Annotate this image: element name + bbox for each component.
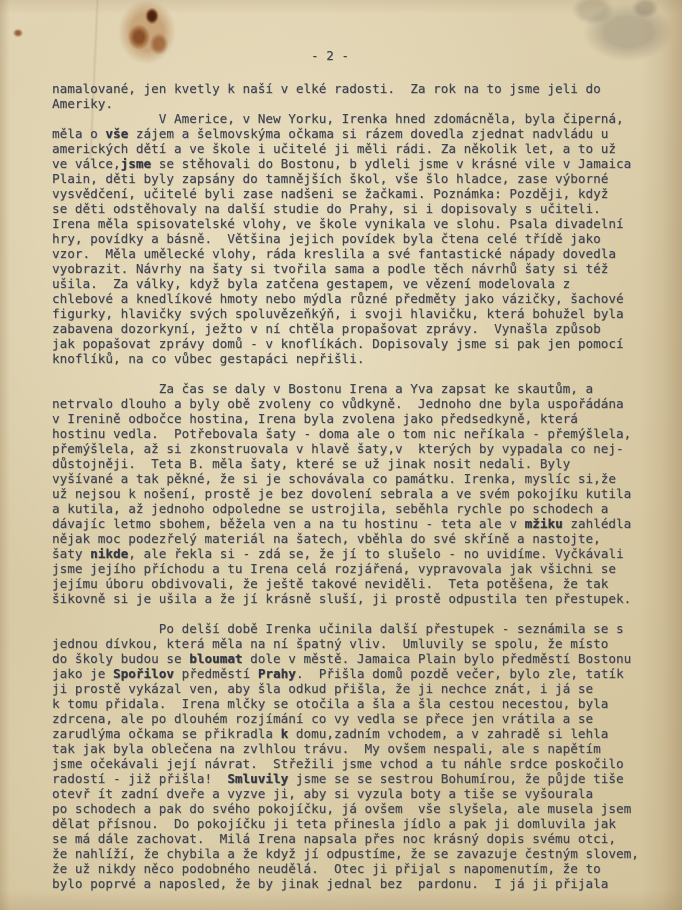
text-line: radostí - již přišla! Smluvily jsme se s…	[52, 771, 664, 786]
text-line	[52, 606, 664, 621]
text-line: nějak moc podezřelý materiál na šatech, …	[52, 531, 664, 546]
page-number: - 2 -	[52, 48, 608, 63]
text-line: amerických dětí a ve škole i učitelé ji …	[52, 141, 664, 156]
text-line: měla o vše zájem a šelmovskýma očkama si…	[52, 126, 664, 141]
text-line: dávajíc letmo sbohem, běžela ven a na tu…	[52, 516, 664, 531]
text-line: do školy budou se bloumat dole v městě. …	[52, 651, 664, 666]
text-line: jsme očekávali její návrat. Střežili jsm…	[52, 756, 664, 771]
text-line: figurky, hlavičky svých spoluvězeňkýň, i…	[52, 306, 664, 321]
pencil-smudge	[545, 0, 682, 90]
text-line: jak popašovat zprávy domů - v knoflíkách…	[52, 336, 664, 351]
text-line: Za čas se daly v Bostonu Irena a Yva zap…	[52, 381, 664, 396]
typewritten-lines: namalované, jen kvetly k naší v elké rad…	[52, 81, 664, 891]
typewritten-page: - 2 - namalované, jen kvetly k naší v el…	[0, 0, 682, 910]
text-line: V Americe, v New Yorku, Irenka hned zdom…	[52, 111, 664, 126]
text-line: netrvalo dlouho a byly obě zvoleny co vů…	[52, 396, 664, 411]
text-line: vysvědčení, učitelé byli zase nadšeni se…	[52, 186, 664, 201]
text-line: už nejsou k nošení, prostě je bez dovole…	[52, 486, 664, 501]
text-line: přemýšlela, až si zkonstruovala v hlavě …	[52, 441, 664, 456]
text-line: šaty nikde, ale řekla si - zdá se, že jí…	[52, 546, 664, 561]
text-line: Po delší době Irenka učinila další přest…	[52, 621, 664, 636]
text-line: bylo poprvé a naposled, že by jinak jedn…	[52, 876, 664, 891]
paper-speck	[10, 25, 28, 41]
text-line: ve válce,jsme se stěhovali do Bostonu, b…	[52, 156, 664, 171]
text-line: vyobrazit. Návrhy na šaty si tvořila sam…	[52, 261, 664, 276]
text-line: zdrcena, ale po dlouhém rozjímání co vy …	[52, 711, 664, 726]
text-line	[52, 366, 664, 381]
text-line: se má dále zachovat. Milá Irena napsala …	[52, 831, 664, 846]
text-line: se děti odstěhovaly na další studie do P…	[52, 201, 664, 216]
text-line: zabavena dozorkyní, ježto v ní chtěla pr…	[52, 321, 664, 336]
text-line: a kutila, až jednoho odpoledne se ustroj…	[52, 501, 664, 516]
text-line: zarudlýma očkama se přikradla k domu,zad…	[52, 726, 664, 741]
text-line: otevř ít zadní dveře a vyzve ji, aby si …	[52, 786, 664, 801]
text-line: ušila. Za války, když byla zatčena gesta…	[52, 276, 664, 291]
text-line: namalované, jen kvetly k naší v elké rad…	[52, 81, 664, 96]
text-line: jednou dívkou, která měla na ní špatný v…	[52, 636, 664, 651]
text-line: po schodech a pak do svého pokojíčku, já…	[52, 801, 664, 816]
text-line: šikovně si je ušila a že jí krásně sluší…	[52, 591, 664, 606]
text-line: Irena měla spisovatelské vlohy, ve škole…	[52, 216, 664, 231]
text-line: Ameriky.	[52, 96, 664, 111]
text-line: k tomu přidala. Irena mlčky se otočila a…	[52, 696, 664, 711]
text-line: že už nikdy něco podobného neudělá. Otec…	[52, 861, 664, 876]
text-line: vyšívané a tak pěkné, že si je schovával…	[52, 471, 664, 486]
text-line: v Irenině odbočce hostina, Irena byla zv…	[52, 411, 664, 426]
text-line: tak jak byla oblečena na zvlhlou trávu. …	[52, 741, 664, 756]
text-line: vzor. Měla umělecké vlohy, ráda kreslila…	[52, 246, 664, 261]
text-line: knoflíků, na co vůbec gestapáci nepřišli…	[52, 351, 664, 366]
text-line: hry, povídky a básně. Většina jejich pov…	[52, 231, 664, 246]
text-line: dělat přísnou. Do pokojíčku ji teta přin…	[52, 816, 664, 831]
text-line: důstojněji. Teta B. měla šaty, které se …	[52, 456, 664, 471]
text-line: Plain, děti byly zapsány do tamnějších š…	[52, 171, 664, 186]
text-line: jako je Spořilov předměstí Prahy. Přišla…	[52, 666, 664, 681]
text-line: hostinu vedla. Potřebovala šaty - doma a…	[52, 426, 664, 441]
text-line: ji prostě vykázal ven, aby šla odkud při…	[52, 681, 664, 696]
text-line: že nahlíží, že chybila a že když jí odpu…	[52, 846, 664, 861]
text-line: jsme jejího příchodu a tu Irena celá roz…	[52, 561, 664, 576]
text-line: chlebové a knedlíkové hmoty nebo mýdla r…	[52, 291, 664, 306]
text-line: jejímu úboru obdivovali, že ještě takové…	[52, 576, 664, 591]
